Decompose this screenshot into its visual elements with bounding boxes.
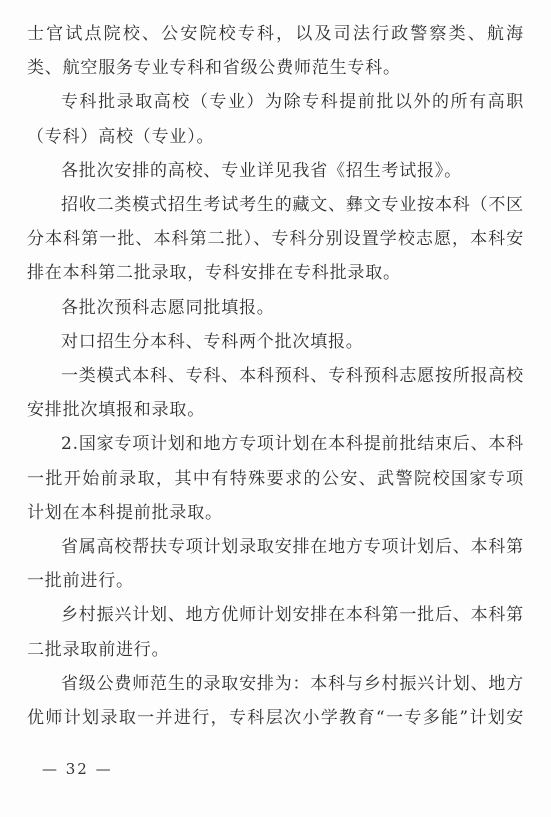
paragraph: 各批次安排的高校、专业详见我省《招生考试报》。 — [27, 154, 524, 188]
paragraph: 对口招生分本科、专科两个批次填报。 — [27, 325, 524, 359]
paragraph: 2.国家专项计划和地方专项计划在本科提前批结束后、本科一批开始前录取，其中有特殊… — [27, 427, 524, 530]
paragraph: 士官试点院校、公安院校专科，以及司法行政警察类、航海类、航空服务专业专科和省级公… — [27, 17, 524, 85]
paragraph: 省级公费师范生的录取安排为：本科与乡村振兴计划、地方优师计划录取一并进行，专科层… — [27, 667, 524, 735]
paragraph: 乡村振兴计划、地方优师计划安排在本科第一批后、本科第二批录取前进行。 — [27, 598, 524, 666]
paragraph: 专科批录取高校（专业）为除专科提前批以外的所有高职（专科）高校（专业）。 — [27, 85, 524, 153]
paragraph: 省属高校帮扶专项计划录取安排在地方专项计划后、本科第一批前进行。 — [27, 530, 524, 598]
paragraph: 招收二类模式招生考试考生的藏文、彝文专业按本科（不区分本科第一批、本科第二批）、… — [27, 188, 524, 291]
paragraph: 各批次预科志愿同批填报。 — [27, 291, 524, 325]
paragraph: 一类模式本科、专科、本科预科、专科预科志愿按所报高校安排批次填报和录取。 — [27, 359, 524, 427]
document-page: 士官试点院校、公安院校专科，以及司法行政警察类、航海类、航空服务专业专科和省级公… — [0, 0, 551, 817]
page-number: — 32 — — [42, 760, 113, 778]
